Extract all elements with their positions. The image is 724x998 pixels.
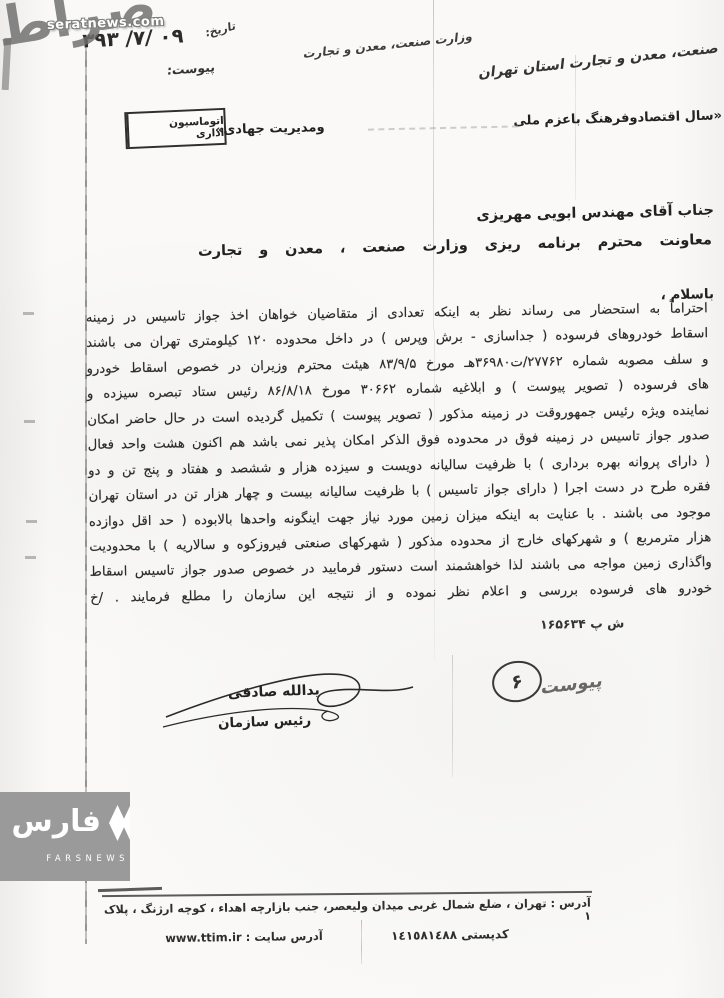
- date-label: تاریخ:: [205, 19, 236, 40]
- attachment-number-circled: ۶: [489, 657, 545, 706]
- fars-latin-text: FARSNEWS: [46, 854, 129, 864]
- margin-tick: [24, 420, 35, 423]
- reference-code: ش پ ۱۶۵۶۳۴: [540, 615, 625, 631]
- margin-tick: [25, 556, 36, 559]
- footer-site: آدرس سایت : www.ttim.ir: [138, 929, 350, 946]
- year-slogan-right-part: «سال اقتصادوفرهنگ باعزم ملی: [522, 108, 722, 128]
- attachment-label: پیوست:: [167, 59, 216, 77]
- stamp-text: اتوماسیون اداری: [150, 110, 224, 146]
- letter-body: احتراماً به استحضار می رساند نظر به اینک…: [86, 301, 713, 616]
- recipient-name: جناب آقای مهندس ابویی مهریزی: [490, 202, 714, 223]
- center-fold-line-top: [433, 0, 434, 330]
- recipient-title: معاونت محترم برنامه ریزی وزارت صنعت ، مع…: [198, 232, 712, 260]
- footer-address: آدرس : تهران ، ضلع شمال غربی میدان ولیعص…: [104, 897, 591, 930]
- scanned-letter-sheet: صراط seratnews.com تاریخ: ۳۹۳ /۷/ ۰۹ پیو…: [0, 0, 724, 998]
- footer-postal: کدپستی ١٤١٥٨١٤٨٨: [352, 927, 548, 944]
- stamp-empty-cell: [126, 113, 151, 147]
- footer-rule-dash: [98, 887, 162, 892]
- postal-label: کدپستی: [461, 927, 509, 942]
- ministry-letterhead: وزارت صنعت، معدن و تجارت: [303, 29, 474, 61]
- year-slogan-left-part: ومدیریت جهادی»: [215, 119, 365, 138]
- fars-diamond-icon: [122, 805, 130, 841]
- margin-tick: [23, 312, 34, 315]
- postal-code: ١٤١٥٨١٤٨٨: [391, 928, 457, 943]
- organization-letterhead: سازمان صنعت، معدن و تجارت استان تهران: [478, 34, 724, 82]
- signature-scrawl: [158, 665, 423, 743]
- signer-title: رئیس سازمان: [218, 712, 312, 731]
- office-automation-stamp: اتوماسیون اداری: [124, 108, 227, 149]
- site-label: آدرس سایت :: [246, 929, 323, 944]
- center-fold-line-low: [452, 655, 453, 777]
- attachment-number: ۶: [509, 670, 524, 694]
- slogan-faded-dashes: [368, 125, 518, 130]
- signer-name: یدالله صادقی: [228, 682, 320, 701]
- farsnews-watermark: فارس FARSNEWS: [0, 792, 130, 881]
- margin-tick: [26, 520, 37, 523]
- footer-rule: [102, 891, 592, 897]
- site-url: www.ttim.ir: [165, 930, 242, 945]
- right-fold-line: [575, 55, 576, 200]
- fars-logo-text: فارس: [11, 804, 101, 839]
- attachment-handwritten-word: پیوست: [540, 670, 604, 699]
